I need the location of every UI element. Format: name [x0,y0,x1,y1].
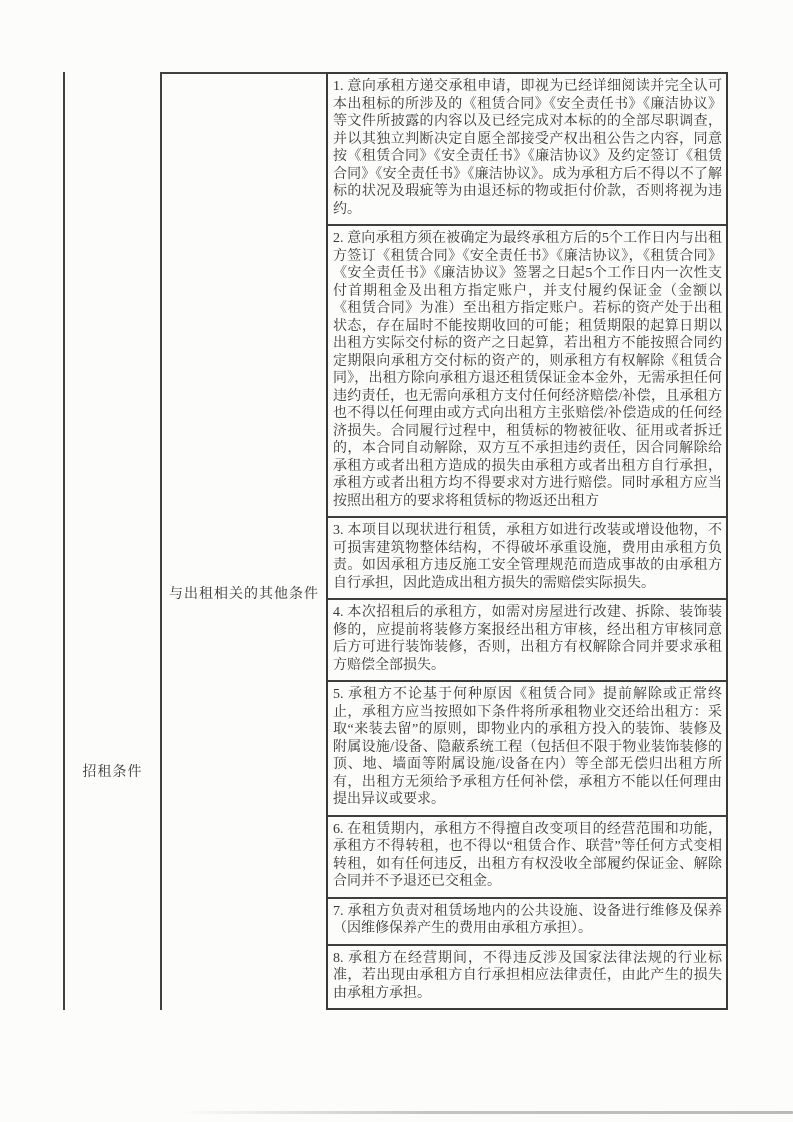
section-label-cell: 招租条件 [63,72,160,1010]
clauses-column: 1. 意向承租方递交承租申请，即视为已经详细阅读并完全认可本出租标的所涉及的《租… [326,72,728,1010]
clause-8-cell: 8. 承租方在经营期间，不得违反涉及国家法律法规的行业标准，若出现由承租方自行承… [328,946,726,1009]
clause-4-text: 4. 本次招租后的承租方，如需对房屋进行改建、拆除、装饰装修的，应提前将装修方案… [333,605,722,673]
lease-conditions-table: 招租条件 与出租相关的其他条件 1. 意向承租方递交承租申请，即视为已经详细阅读… [63,72,728,1010]
page-bottom-scan-shadow [180,1111,793,1114]
scanned-document-page: 招租条件 与出租相关的其他条件 1. 意向承租方递交承租申请，即视为已经详细阅读… [0,0,793,1122]
clause-4-cell: 4. 本次招租后的承租方，如需对房屋进行改建、拆除、装饰装修的，应提前将装修方案… [328,600,726,682]
clause-5-cell: 5. 承租方不论基于何种原因《租赁合同》提前解除或正常终止，承租方应当按照如下条… [328,682,726,817]
clause-3-text: 3. 本项目以现状进行租赁，承租方如进行改装或增设他物，不可损害建筑物整体结构，… [333,523,722,591]
clause-7-text: 7. 承租方负责对租赁场地内的公共设施、设备进行维修及保养（因维修保养产生的费用… [333,904,722,937]
clause-5-text: 5. 承租方不论基于何种原因《租赁合同》提前解除或正常终止，承租方应当按照如下条… [333,687,722,807]
clause-2-cell: 2. 意向承租方须在被确定为最终承租方后的5个工作日内与出租方签订《租赁合同》《… [328,226,726,518]
clause-8-text: 8. 承租方在经营期间，不得违反涉及国家法律法规的行业标准，若出现由承租方自行承… [333,951,722,1001]
section-label: 招租条件 [65,761,160,781]
clause-6-text: 6. 在租赁期内，承租方不得擅自改变项目的经营范围和功能，承租方不得转租，也不得… [333,822,722,890]
clause-2-text: 2. 意向承租方须在被确定为最终承租方后的5个工作日内与出租方签订《租赁合同》《… [333,231,722,509]
clause-1-text: 1. 意向承租方递交承租申请，即视为已经详细阅读并完全认可本出租标的所涉及的《租… [333,79,722,217]
subsection-label: 与出租相关的其他条件 [162,583,326,603]
clause-6-cell: 6. 在租赁期内，承租方不得擅自改变项目的经营范围和功能，承租方不得转租，也不得… [328,817,726,899]
clause-7-cell: 7. 承租方负责对租赁场地内的公共设施、设备进行维修及保养（因维修保养产生的费用… [328,899,726,946]
clause-3-cell: 3. 本项目以现状进行租赁，承租方如进行改装或增设他物，不可损害建筑物整体结构，… [328,518,726,600]
clause-1-cell: 1. 意向承租方递交承租申请，即视为已经详细阅读并完全认可本出租标的所涉及的《租… [328,74,726,226]
subsection-label-cell: 与出租相关的其他条件 [160,72,326,1010]
